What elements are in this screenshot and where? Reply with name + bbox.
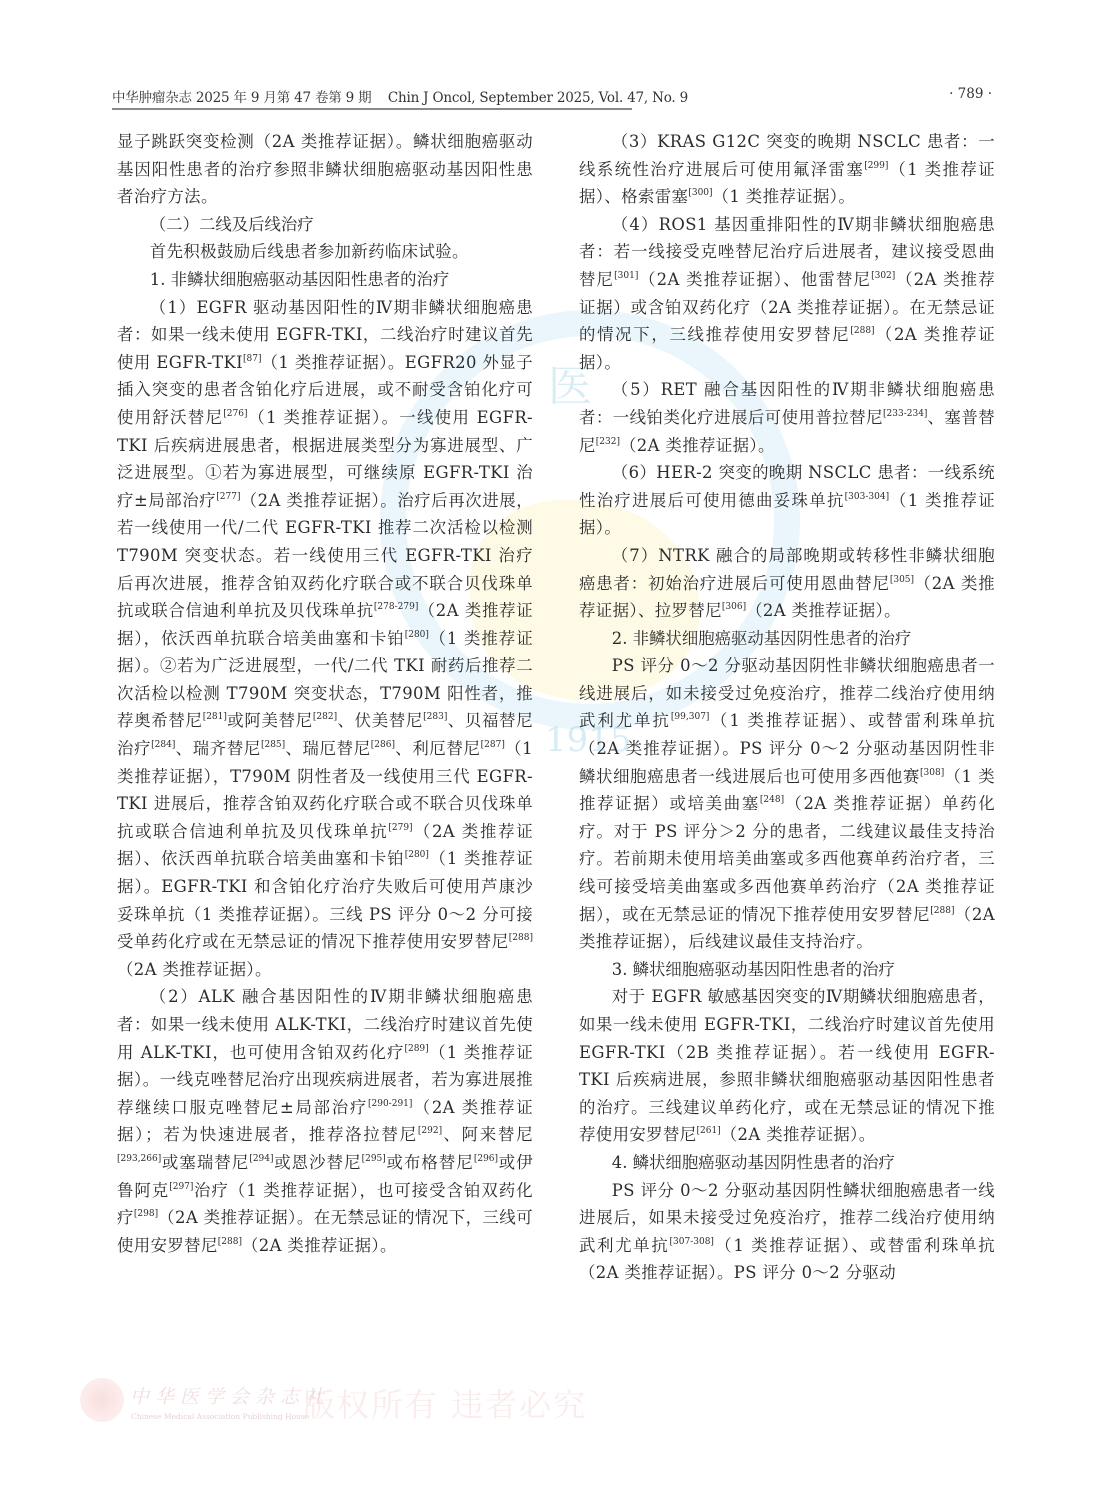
subsection-heading-1: 1. 非鳞状细胞癌驱动基因阳性患者的治疗 xyxy=(117,266,533,294)
right-column: （3）KRAS G12C 突变的晚期 NSCLC 患者：一线系统性治疗进展后可使… xyxy=(579,128,995,1287)
journal-name-cn: 中华肿瘤杂志 2025 年 9 月第 47 卷第 9 期 xyxy=(112,90,371,106)
citation-ref[interactable]: [292] xyxy=(418,1126,442,1136)
paragraph-ros1: （4）ROS1 基因重排阳性的Ⅳ期非鳞状细胞癌患者：若一线接受克唑替尼治疗后进展… xyxy=(579,211,995,377)
citation-ref[interactable]: [295] xyxy=(362,1154,386,1164)
citation-ref[interactable]: [288] xyxy=(930,906,954,916)
running-header: 中华肿瘤杂志 2025 年 9 月第 47 卷第 9 期 Chin J Onco… xyxy=(112,86,992,108)
citation-ref[interactable]: [277] xyxy=(216,492,240,502)
citation-ref[interactable]: [296] xyxy=(474,1154,498,1164)
citation-ref[interactable]: [279] xyxy=(388,823,412,833)
citation-ref[interactable]: [288] xyxy=(509,933,533,943)
citation-ref[interactable]: [284] xyxy=(151,740,175,750)
citation-ref[interactable]: [303-304] xyxy=(845,492,889,502)
citation-ref[interactable]: [285] xyxy=(261,740,285,750)
paragraph-alk: （2）ALK 融合基因阳性的Ⅳ期非鳞状细胞癌患者：如果一线未使用 ALK-TKI… xyxy=(117,983,533,1259)
citation-ref[interactable]: [87] xyxy=(243,354,261,364)
citation-ref[interactable]: [294] xyxy=(249,1154,273,1164)
left-column: 显子跳跃突变检测（2A 类推荐证据）。鳞状细胞癌驱动基因阳性患者的治疗参照非鳞状… xyxy=(117,128,533,1259)
citation-ref[interactable]: [287] xyxy=(481,740,505,750)
publisher-logo-icon xyxy=(80,1378,124,1422)
paragraph-her2: （6）HER-2 突变的晚期 NSCLC 患者：一线系统性治疗进展后可使用德曲妥… xyxy=(579,459,995,542)
copyright-watermark: 版权所有 违者必究 xyxy=(303,1380,587,1426)
subsection-heading-4: 4. 鳞状细胞癌驱动基因阴性患者的治疗 xyxy=(579,1149,995,1177)
citation-ref[interactable]: [283] xyxy=(423,712,447,722)
paragraph-clinical-trial: 首先积极鼓励后线患者参加新药临床试验。 xyxy=(117,238,533,266)
citation-ref[interactable]: [308] xyxy=(920,768,944,778)
paragraph-negative-squamous: PS 评分 0～2 分驱动基因阴性鳞状细胞癌患者一线进展后，如果未接受过免疫治疗… xyxy=(579,1177,995,1287)
paragraph-ntrk: （7）NTRK 融合的局部晚期或转移性非鳞状细胞癌患者：初始治疗进展后可使用恩曲… xyxy=(579,542,995,625)
citation-ref[interactable]: [280] xyxy=(405,850,429,860)
page-number: · 789 · xyxy=(949,86,992,102)
citation-ref[interactable]: [276] xyxy=(223,409,247,419)
journal-name-en: Chin J Oncol, September 2025, Vol. 47, N… xyxy=(388,90,688,106)
citation-ref[interactable]: [278-279] xyxy=(374,602,418,612)
citation-ref[interactable]: [261] xyxy=(697,1126,721,1136)
journal-citation: 中华肿瘤杂志 2025 年 9 月第 47 卷第 9 期 Chin J Onco… xyxy=(112,86,688,106)
citation-ref[interactable]: [280] xyxy=(405,630,429,640)
paragraph-ret: （5）RET 融合基因阳性的Ⅳ期非鳞状细胞癌患者：一线铂类化疗进展后可使用普拉替… xyxy=(579,376,995,459)
paragraph-continued: 显子跳跃突变检测（2A 类推荐证据）。鳞状细胞癌驱动基因阳性患者的治疗参照非鳞状… xyxy=(117,128,533,211)
citation-ref[interactable]: [248] xyxy=(760,795,784,805)
citation-ref[interactable]: [301] xyxy=(614,271,638,281)
citation-ref[interactable]: [290-291] xyxy=(368,1099,412,1109)
citation-ref[interactable]: [282] xyxy=(313,712,337,722)
subsection-heading-2: 2. 非鳞状细胞癌驱动基因阴性患者的治疗 xyxy=(579,625,995,653)
citation-ref[interactable]: [233-234] xyxy=(883,409,927,419)
paragraph-positive-squamous: 对于 EGFR 敏感基因突变的Ⅳ期鳞状细胞癌患者，如果一线未使用 EGFR-TK… xyxy=(579,983,995,1149)
citation-ref[interactable]: [307-308] xyxy=(670,1237,714,1247)
publisher-name-en: Chinese Medical Association Publishing H… xyxy=(131,1412,309,1421)
citation-ref[interactable]: [289] xyxy=(404,1044,428,1054)
publisher-name-cn: 中华医学会杂志社 xyxy=(130,1382,330,1409)
citation-ref[interactable]: [99,307] xyxy=(671,712,710,722)
paragraph-egfr: （1）EGFR 驱动基因阳性的Ⅳ期非鳞状细胞癌患者：如果一线未使用 EGFR-T… xyxy=(117,294,533,984)
citation-ref[interactable]: [286] xyxy=(371,740,395,750)
citation-ref[interactable]: [306] xyxy=(722,602,746,612)
citation-ref[interactable]: [298] xyxy=(134,1209,158,1219)
header-rule xyxy=(112,108,632,110)
citation-ref[interactable]: [281] xyxy=(203,712,227,722)
citation-ref[interactable]: [305] xyxy=(890,575,914,585)
citation-ref[interactable]: [302] xyxy=(871,271,895,281)
citation-ref[interactable]: [300] xyxy=(688,188,712,198)
citation-ref[interactable]: [232] xyxy=(596,437,620,447)
citation-ref[interactable]: [299] xyxy=(864,161,888,171)
section-heading-second-line: （二）二线及后线治疗 xyxy=(117,211,533,239)
subsection-heading-3: 3. 鳞状细胞癌驱动基因阳性患者的治疗 xyxy=(579,956,995,984)
citation-ref[interactable]: [288] xyxy=(850,326,874,336)
citation-ref[interactable]: [297] xyxy=(169,1182,193,1192)
paragraph-negative-nonsquamous: PS 评分 0～2 分驱动基因阴性非鳞状细胞癌患者一线进展后，如未接受过免疫治疗… xyxy=(579,652,995,956)
citation-ref[interactable]: [293,266] xyxy=(117,1154,161,1164)
paragraph-kras: （3）KRAS G12C 突变的晚期 NSCLC 患者：一线系统性治疗进展后可使… xyxy=(579,128,995,211)
citation-ref[interactable]: [288] xyxy=(218,1237,242,1247)
